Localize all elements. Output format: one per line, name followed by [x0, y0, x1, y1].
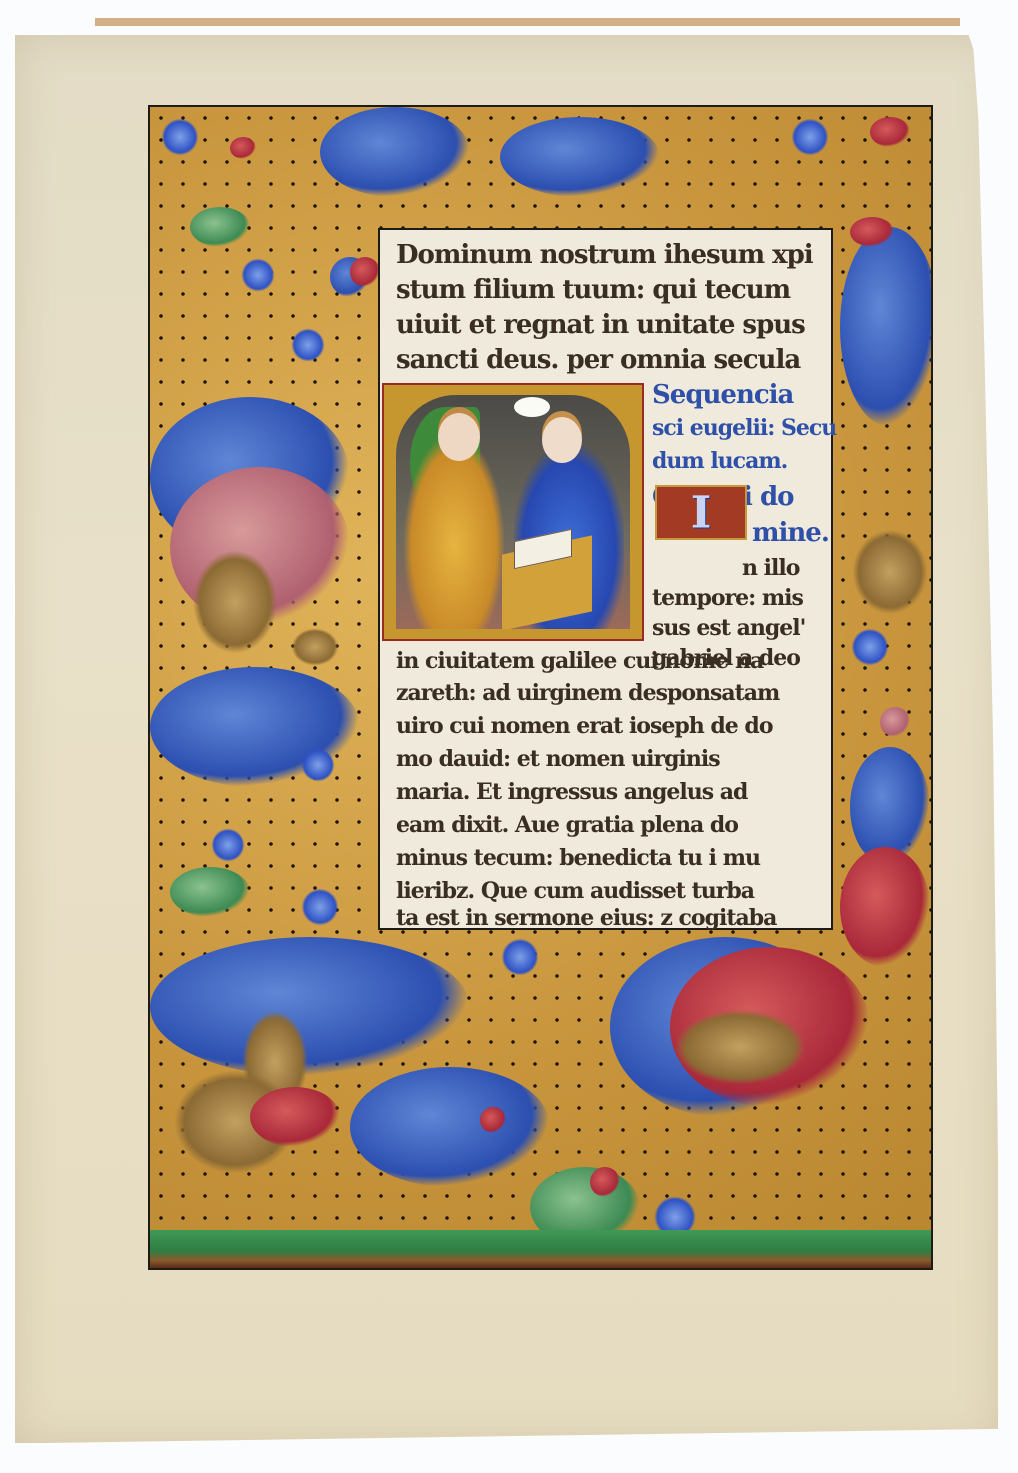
text-line: n illo: [742, 555, 799, 581]
text-line: maria. Et ingressus angelus ad: [396, 779, 747, 805]
pansy-icon: [300, 747, 336, 783]
dragon-icon: [670, 1007, 810, 1087]
flower-icon: [790, 117, 830, 157]
text-line: uiuit et regnat in unitate spus: [396, 310, 805, 340]
text-line: stum filium tuum: qui tecum: [396, 275, 790, 305]
text-line: sus est angel': [652, 615, 805, 641]
flower-icon: [240, 257, 276, 293]
annunciation-miniature: [382, 383, 644, 641]
beast-head-icon: [290, 627, 340, 667]
text-line: uiro cui nomen erat ioseph de do: [396, 713, 773, 739]
flower-icon: [290, 327, 326, 363]
lion-mane-icon: [250, 1087, 340, 1147]
text-line: eam dixit. Aue gratia plena do: [396, 812, 738, 838]
grass-ground-strip: [150, 1230, 931, 1268]
thistle-icon: [850, 217, 894, 247]
pansy-icon: [300, 887, 340, 927]
thistle-icon: [870, 117, 910, 147]
leaf-icon: [170, 867, 250, 917]
angel-gabriel-figure: [404, 435, 504, 629]
text-line: zareth: ad uirginem desponsatam: [396, 680, 779, 706]
flower-icon: [210, 827, 246, 863]
winged-beast-icon: [190, 547, 280, 657]
rubric-line: sci eugelii: Secu: [652, 415, 836, 441]
acanthus-right-icon: [840, 847, 930, 967]
angel-head-icon: [438, 413, 480, 461]
text-line: mo dauid: et nomen uirginis: [396, 746, 720, 772]
flower-icon: [160, 117, 200, 157]
leaf-icon: [190, 207, 250, 247]
text-line: lieribz. Que cum audisset turba: [396, 878, 754, 904]
butterfly-icon: [850, 527, 930, 617]
flower-icon: [880, 707, 910, 737]
mary-head-icon: [542, 417, 582, 463]
miniature-scene: [396, 395, 630, 629]
acanthus-top-icon: [320, 107, 470, 197]
decorated-initial: I: [655, 485, 747, 540]
rubric-line: dum lucam.: [652, 448, 787, 474]
acanthus-right-icon: [840, 227, 933, 427]
initial-rest: mine.: [752, 518, 829, 548]
initial-letter: I: [691, 487, 712, 538]
acanthus-bottom-icon: [150, 937, 470, 1077]
text-line: in ciuitatem galilee cui nome na: [396, 648, 763, 674]
text-line: ta est in sermone eius: z cogitaba: [396, 905, 776, 931]
page-top-strip: [95, 18, 960, 26]
text-line: sancti deus. per omnia secula: [396, 345, 800, 375]
rose-icon: [350, 257, 380, 287]
acanthus-top-icon: [500, 117, 660, 197]
text-line: minus tecum: benedicta tu i mu: [396, 845, 760, 871]
strawberry-icon: [480, 1107, 506, 1133]
text-line: tempore: mis: [652, 585, 803, 611]
text-line: Dominum nostrum ihesum xpi: [396, 240, 813, 270]
pansy-icon: [500, 937, 540, 977]
rose-icon: [230, 137, 256, 159]
flower-icon: [850, 627, 890, 667]
strawberry-icon: [590, 1167, 620, 1197]
rubric-line: Sequencia: [652, 380, 793, 410]
acanthus-bottom-icon: [350, 1067, 550, 1187]
dove-icon: [514, 397, 550, 417]
